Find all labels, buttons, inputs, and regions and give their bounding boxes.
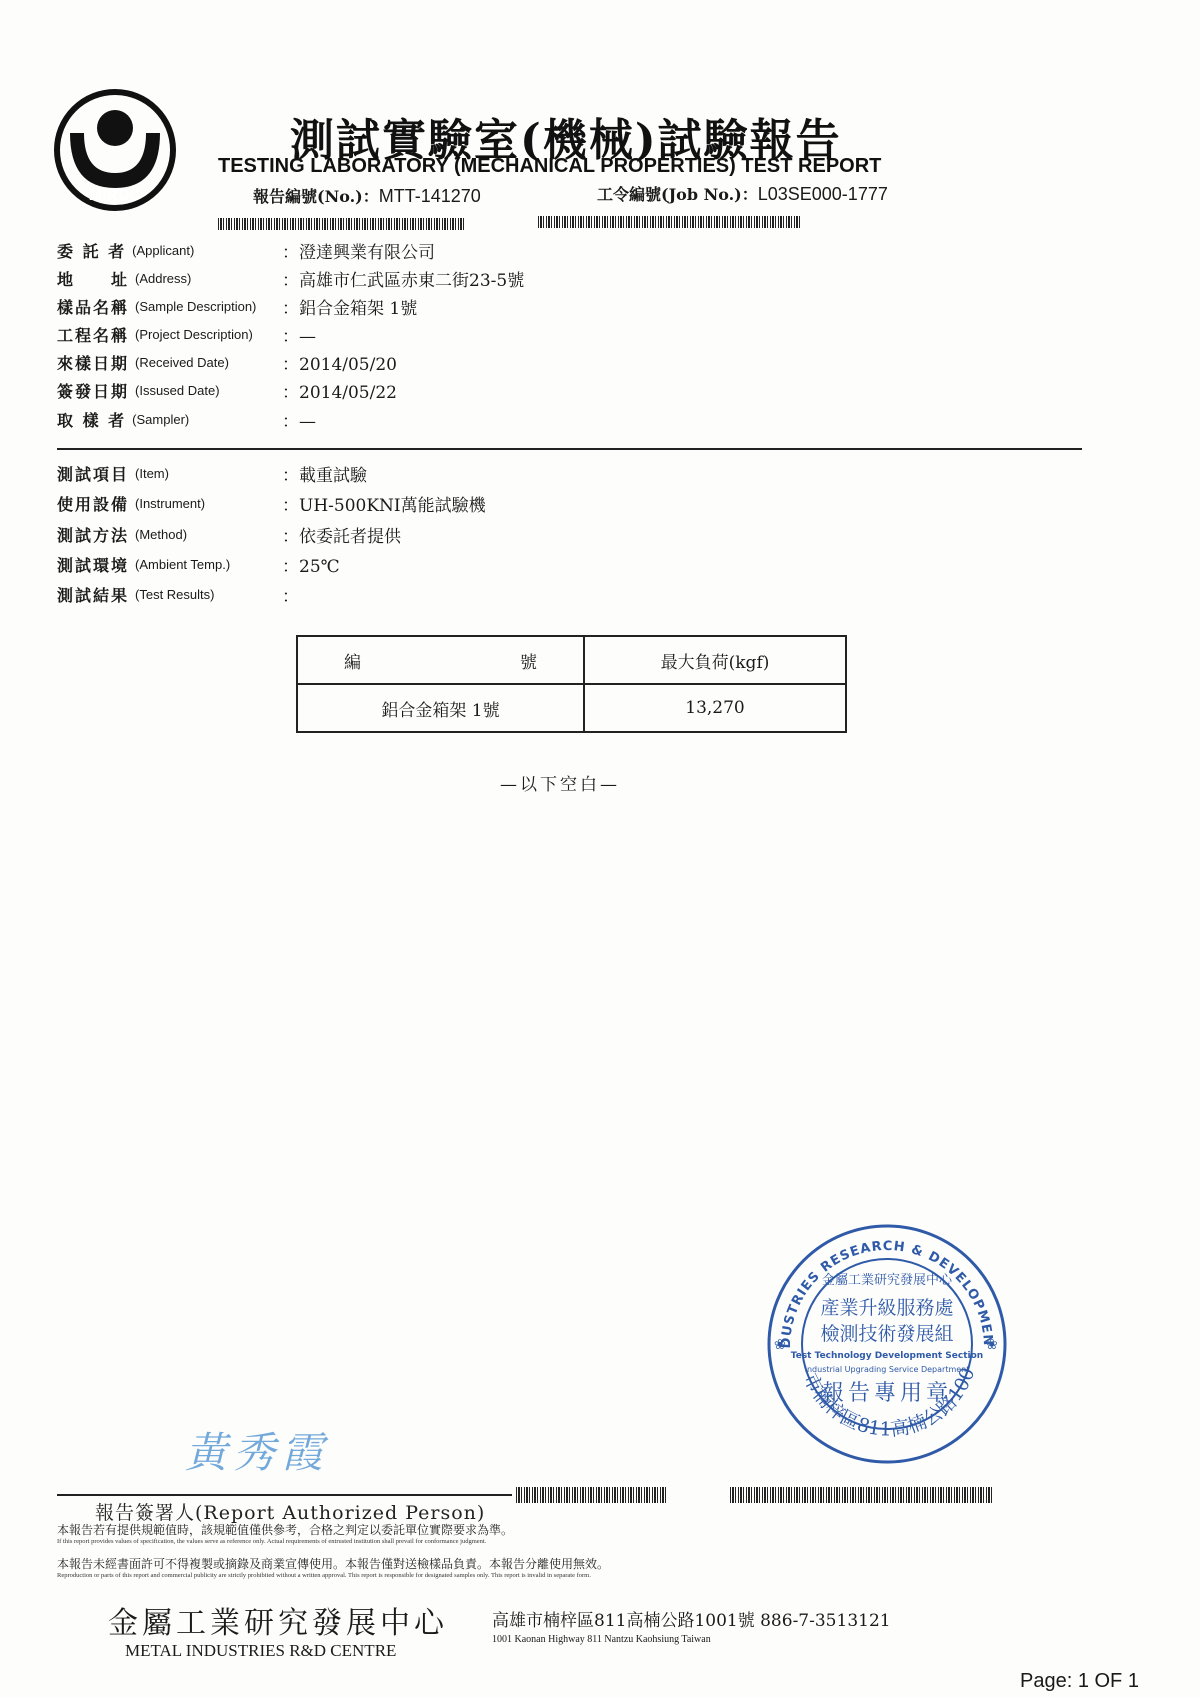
report-number-label: 報告編號(No.)： xyxy=(253,187,379,206)
svg-text:檢測技術發展組: 檢測技術發展組 xyxy=(820,1323,953,1345)
test-row-method: 測試方法(Method)：依委託者提供 xyxy=(57,520,187,548)
cell-max-load: 13,270 xyxy=(584,684,846,732)
blank-below-note: —以下空白— xyxy=(500,770,620,795)
table-row: 鋁合金箱架 1號 13,270 xyxy=(297,684,846,732)
value: ：澄達興業有限公司 xyxy=(282,238,435,263)
job-barcode xyxy=(538,216,800,228)
header-id: 編號 xyxy=(297,636,584,684)
footer-barcode-left xyxy=(516,1487,666,1503)
organization-name-en: METAL INDUSTRIES R&D CENTRE xyxy=(125,1641,396,1661)
section-divider xyxy=(57,448,1082,450)
test-row-ambient-temp: 測試環境(Ambient Temp.)：25℃ xyxy=(57,550,230,578)
info-row-address: 地 址(Address)：高雄市仁武區赤東二街23-5號 xyxy=(57,264,191,292)
report-number: 報告編號(No.)：MTT-141270 xyxy=(253,184,481,207)
label-en: (Address) xyxy=(135,271,191,286)
disclaimer-2-en: Reproduction or parts of this report and… xyxy=(57,1572,591,1579)
label-en: (Received Date) xyxy=(135,355,229,370)
value: ：— xyxy=(282,407,316,432)
value: ：依委託者提供 xyxy=(282,522,401,547)
disclaimer-1-en: If this report provides values of specif… xyxy=(57,1538,486,1545)
job-number-value: L03SE000-1777 xyxy=(758,184,888,204)
label-zh: 取 樣 者 xyxy=(57,408,126,431)
mirdc-logo: MIRDC xyxy=(50,88,180,213)
header-id-right: 號 xyxy=(520,648,537,673)
value: ：載重試驗 xyxy=(282,461,367,486)
test-row-item: 測試項目(Item)：載重試驗 xyxy=(57,459,169,487)
label-zh: 測試結果 xyxy=(57,583,129,606)
results-table: 編號 最大負荷(kgf) 鋁合金箱架 1號 13,270 xyxy=(296,635,847,733)
header-id-left: 編 xyxy=(344,648,361,673)
label-zh: 工程名稱 xyxy=(57,323,129,346)
value: ：高雄市仁武區赤東二街23-5號 xyxy=(282,266,524,291)
info-row-applicant: 委 託 者(Applicant)：澄達興業有限公司 xyxy=(57,236,194,264)
table-header-row: 編號 最大負荷(kgf) xyxy=(297,636,846,684)
info-row-sampler: 取 樣 者(Sampler)：— xyxy=(57,405,189,433)
label-en: (Method) xyxy=(135,527,187,542)
test-row-instrument: 使用設備(Instrument)：UH-500KNI萬能試驗機 xyxy=(57,489,205,517)
label-zh: 測試環境 xyxy=(57,553,129,576)
footer-barcode-right xyxy=(730,1487,992,1503)
label-zh: 樣品名稱 xyxy=(57,295,129,318)
info-row-issued-date: 簽發日期(Issused Date)：2014/05/22 xyxy=(57,376,220,404)
label-en: (Instrument) xyxy=(135,496,205,511)
label-en: (Test Results) xyxy=(135,587,214,602)
value: ：鋁合金箱架 1號 xyxy=(282,294,417,319)
value: ：UH-500KNI萬能試驗機 xyxy=(282,491,486,516)
signature-line xyxy=(57,1494,512,1496)
svg-text:報告專用章: 報告專用章 xyxy=(822,1381,952,1406)
handwritten-signature: 黃秀霞 xyxy=(185,1420,329,1480)
label-zh: 簽發日期 xyxy=(57,379,129,402)
value: ：2014/05/20 xyxy=(282,350,397,375)
label-en: (Ambient Temp.) xyxy=(135,557,230,572)
label-zh: 地 址 xyxy=(57,267,129,290)
disclaimer-2-zh: 本報告未經書面許可不得複製或摘錄及商業宣傳使用。本報告僅對送檢樣品負責。本報告分… xyxy=(57,1555,609,1572)
label-zh: 委 託 者 xyxy=(57,239,126,262)
label-en: (Issused Date) xyxy=(135,383,220,398)
report-title-en: TESTING LABORATORY (MECHANICAL PROPERTIE… xyxy=(218,155,881,178)
svg-text:金屬工業研究發展中心: 金屬工業研究發展中心 xyxy=(822,1272,953,1288)
value: ： xyxy=(282,582,299,607)
label-zh: 使用設備 xyxy=(57,492,129,515)
cell-id: 鋁合金箱架 1號 xyxy=(297,684,584,732)
label-zh: 來樣日期 xyxy=(57,351,129,374)
report-barcode xyxy=(218,218,466,230)
label-zh: 測試方法 xyxy=(57,523,129,546)
label-en: (Project Description) xyxy=(135,327,253,342)
info-row-project: 工程名稱(Project Description)：— xyxy=(57,320,253,348)
label-en: (Sample Description) xyxy=(135,299,256,314)
value: ：— xyxy=(282,322,316,347)
label-en: (Applicant) xyxy=(132,243,194,258)
label-zh: 測試項目 xyxy=(57,462,129,485)
organization-name-zh: 金屬工業研究發展中心 xyxy=(108,1598,448,1642)
value: ：2014/05/22 xyxy=(282,378,397,403)
organization-address-en: 1001 Kaonan Highway 811 Nantzu Kaohsiung… xyxy=(492,1634,711,1645)
official-stamp: METAL INDUSTRIES RESEARCH & DEVELOPMENT … xyxy=(762,1222,1012,1467)
header-max-load: 最大負荷(kgf) xyxy=(584,636,846,684)
page-number: Page: 1 OF 1 xyxy=(1020,1670,1139,1693)
job-number-label: 工令編號(Job No.)： xyxy=(597,185,758,204)
job-number: 工令編號(Job No.)：L03SE000-1777 xyxy=(597,182,888,205)
label-en: (Item) xyxy=(135,466,169,481)
info-row-received-date: 來樣日期(Received Date)：2014/05/20 xyxy=(57,348,229,376)
organization-address-zh: 高雄市楠梓區811高楠公路1001號 886-7-3513121 xyxy=(492,1606,891,1631)
value: ：25℃ xyxy=(282,552,340,577)
svg-text:❀: ❀ xyxy=(774,1337,786,1353)
report-number-value: MTT-141270 xyxy=(379,186,481,206)
label-en: (Sampler) xyxy=(132,412,189,427)
svg-text:MIRDC: MIRDC xyxy=(89,187,142,204)
test-row-results: 測試結果(Test Results)： xyxy=(57,580,214,608)
info-row-sample: 樣品名稱(Sample Description)：鋁合金箱架 1號 xyxy=(57,292,256,320)
svg-text:❀: ❀ xyxy=(986,1337,998,1353)
svg-text:Industrial Upgrading Service D: Industrial Upgrading Service Department xyxy=(805,1365,970,1374)
svg-text:Test Technology Development Se: Test Technology Development Section xyxy=(791,1351,983,1361)
svg-text:產業升級服務處: 產業升級服務處 xyxy=(820,1297,953,1319)
disclaimer-1-zh: 本報告若有提供規範值時，該規範值僅供參考，合格之判定以委託單位實際要求為準。 xyxy=(57,1521,513,1538)
